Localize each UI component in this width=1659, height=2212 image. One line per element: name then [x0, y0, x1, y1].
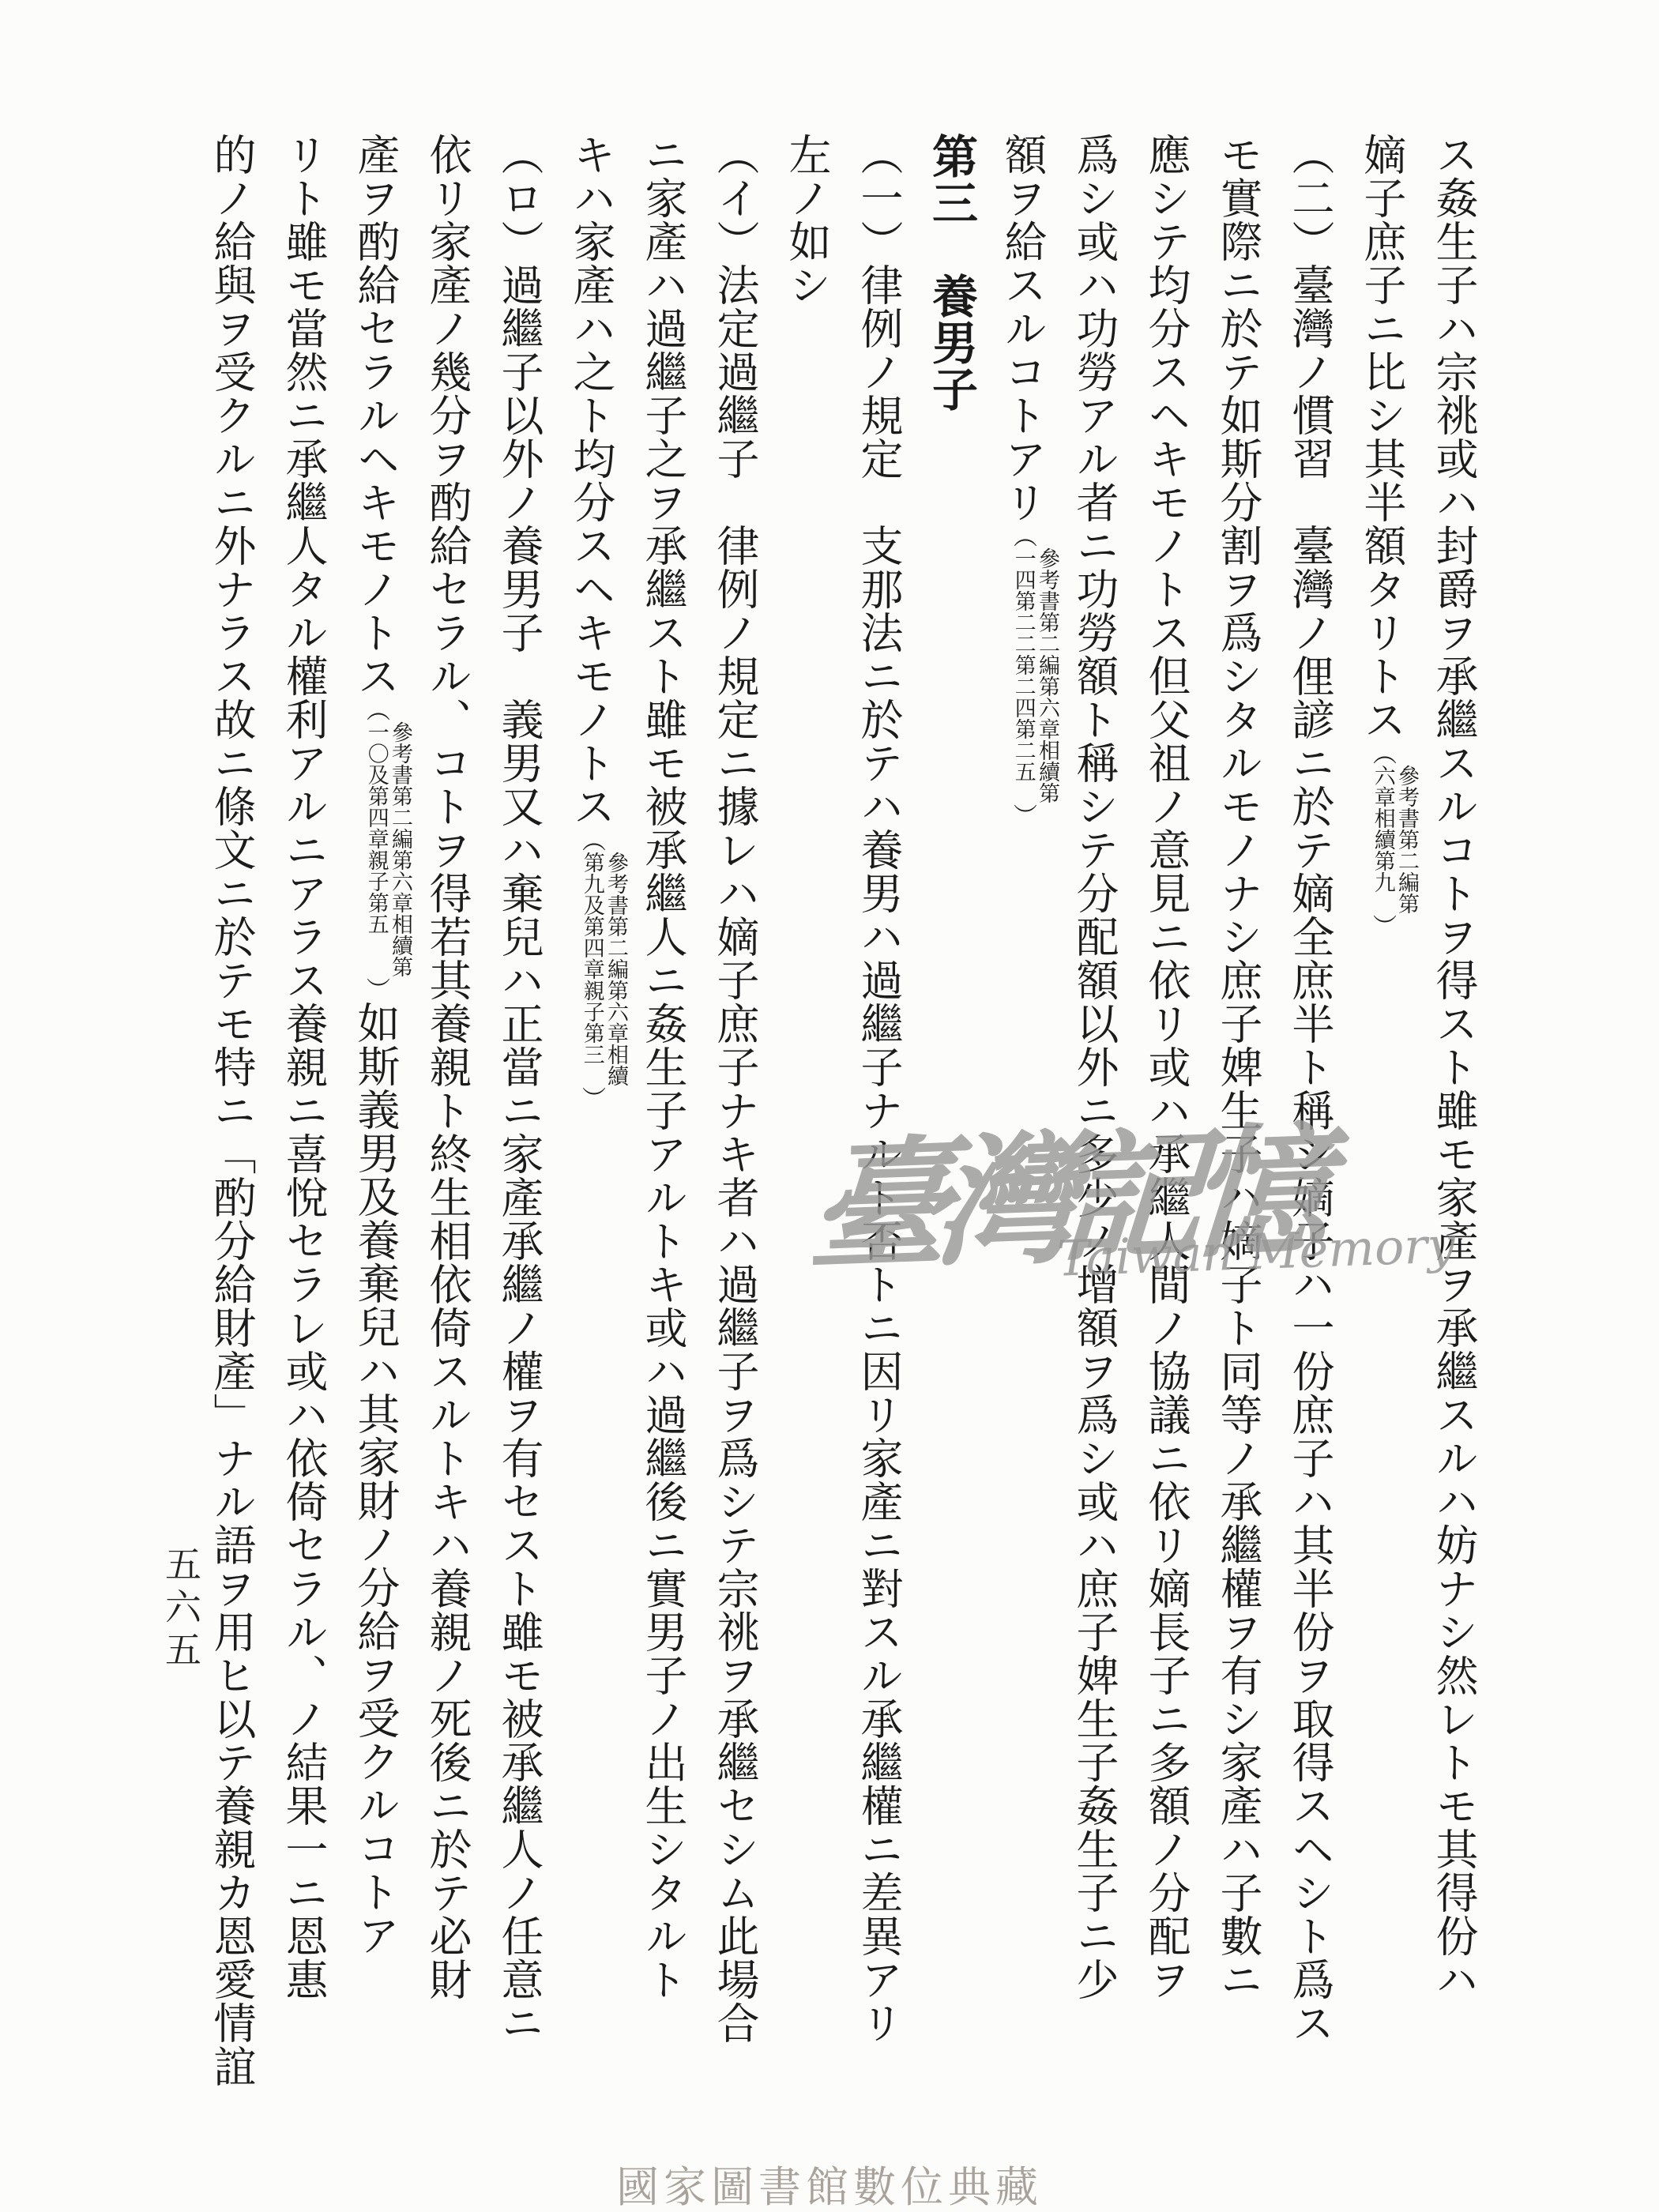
- column-text: モ實際ニ於テ如斯分割ヲ爲シタルモノナシ庶子婢生子ハ嫡子ト同等ノ承繼權ヲ有シ家產ハ…: [1213, 133, 1263, 2001]
- reference-note-line: 參考書第二編第六章相續第: [388, 721, 412, 977]
- column-text: キハ家產ハ之ト均分スヘキモノトス: [566, 133, 616, 828]
- reference-note-line: 參考書第二編第六章相續: [604, 852, 627, 1086]
- column-text: 左ノ如シ: [782, 133, 832, 307]
- column-text: 產ヲ酌給セラルヘキモノトス: [351, 133, 401, 698]
- text-column: （一）律例ノ規定 支那法ニ於テハ養男ハ過繼子ナルト否トニ因リ家產ニ對スル承繼權ニ…: [843, 133, 915, 2005]
- text-column: 額ヲ給スルコトアリ（參考書第二編第六章相續第一四第二二第二四第二五）: [987, 133, 1059, 2005]
- column-text: ス姦生子ハ宗祧或ハ封爵ヲ承繼スルコトヲ得スト雖モ家產ヲ承繼スルハ妨ナシ然レトモ其…: [1429, 133, 1479, 2001]
- reference-note: （參考書第二編第六章相續第九）: [1368, 741, 1396, 938]
- text-column: モ實際ニ於テ如斯分割ヲ爲シタルモノナシ庶子婢生子ハ嫡子ト同等ノ承繼權ヲ有シ家產ハ…: [1202, 133, 1274, 2005]
- column-text: （ロ）過繼子以外ノ養男子 義男又ハ棄兒ハ正當ニ家產承繼ノ權ヲ有セスト雖モ被承繼人…: [495, 133, 544, 2045]
- reference-note-line: 參考書第二編第: [1394, 765, 1418, 914]
- reference-note-line: 參考書第二編第六章相續第: [1035, 547, 1059, 803]
- reference-note-line: 六章相續第九: [1371, 765, 1394, 893]
- text-column: リト雖モ當然ニ承繼人タル權利アルニアラス養親ニ喜悅セラレ或ハ依倚セラル、ノ結果一…: [268, 133, 340, 2005]
- column-text: 應シテ均分スヘキモノトス但父祖ノ意見ニ依リ或ハ承繼人間ノ協議ニ依リ嫡長子ニ多額ノ…: [1142, 133, 1191, 2001]
- reference-note-line: 第九及第四章親子第三: [580, 852, 604, 1065]
- reference-note-line: 一四第二二第二四第二五: [1011, 547, 1035, 782]
- text-column: （二）臺灣ノ慣習 臺灣ノ俚諺ニ於テ嫡全庶半ト稱シ嫡子ハ一份庶子ハ其半份ヲ取得スヘ…: [1274, 133, 1346, 2005]
- reference-note-line: 一〇及第四章親子第五: [364, 721, 388, 935]
- text-column: 爲シ或ハ功勞アル者ニ功勞額ト稱シテ分配額以外ニ多少ノ增額ヲ爲シ或ハ庶子婢生子姦生…: [1059, 133, 1130, 2005]
- text-column: 應シテ均分スヘキモノトス但父祖ノ意見ニ依リ或ハ承繼人間ノ協議ニ依リ嫡長子ニ多額ノ…: [1130, 133, 1202, 2005]
- text-column: 依リ家產ノ幾分ヲ酌給セラル、コトヲ得若其養親ト終生相依倚スルトキハ養親ノ死後ニ於…: [412, 133, 483, 2005]
- text-column: （ロ）過繼子以外ノ養男子 義男又ハ棄兒ハ正當ニ家產承繼ノ權ヲ有セスト雖モ被承繼人…: [483, 133, 555, 2005]
- reference-note: （參考書第二編第六章相續第一〇及第四章親子第五）: [362, 698, 389, 1001]
- column-text: 的ノ給與ヲ受クルニ外ナラス故ニ條文ニ於テモ特ニ「酌分給財產」ナル語ヲ用ヒ以テ養親…: [207, 133, 257, 2088]
- column-text: （一）律例ノ規定 支那法ニ於テハ養男ハ過繼子ナルト否トニ因リ家產ニ對スル承繼權ニ…: [854, 133, 904, 2045]
- column-text: 嫡子庶子ニ比シ其半額タリトス: [1357, 133, 1407, 741]
- text-column: キハ家產ハ之ト均分スヘキモノトス（參考書第二編第六章相續第九及第四章親子第三）: [555, 133, 627, 2005]
- column-text: ニ家產ハ過繼子之ヲ承繼スト雖モ被承繼人ニ姦生子アルトキ或ハ過繼後ニ實男子ノ出生シ…: [638, 133, 688, 2001]
- text-column: ス姦生子ハ宗祧或ハ封爵ヲ承繼スルコトヲ得スト雖モ家產ヲ承繼スルハ妨ナシ然レトモ其…: [1418, 133, 1490, 2005]
- column-text: リト雖モ當然ニ承繼人タル權利アルニアラス養親ニ喜悅セラレ或ハ依倚セラル、ノ結果一…: [279, 133, 329, 2001]
- column-text: 額ヲ給スルコトアリ: [998, 133, 1048, 524]
- text-column: 左ノ如シ: [771, 133, 843, 2005]
- text-column: 產ヲ酌給セラルヘキモノトス（參考書第二編第六章相續第一〇及第四章親子第五）如斯義…: [340, 133, 412, 2005]
- column-text: 如斯義男及養棄兒ハ其家財ノ分給ヲ受クルコトア: [351, 1001, 401, 1957]
- page-number: 五六五: [155, 1545, 207, 1673]
- text-column: （イ）法定過繼子 律例ノ規定ニ據レハ嫡子庶子ナキ者ハ過繼子ヲ爲シテ宗祧ヲ承繼セシ…: [699, 133, 771, 2005]
- column-text: 爲シ或ハ功勞アル者ニ功勞額ト稱シテ分配額以外ニ多少ノ增額ヲ爲シ或ハ庶子婢生子姦生…: [1070, 133, 1119, 2001]
- reference-note: （參考書第二編第六章相續第九及第四章親子第三）: [577, 828, 605, 1110]
- text-column: 的ノ給與ヲ受クルニ外ナラス故ニ條文ニ於テモ特ニ「酌分給財產」ナル語ヲ用ヒ以テ養親…: [196, 133, 268, 2005]
- column-text: （イ）法定過繼子 律例ノ規定ニ據レハ嫡子庶子ナキ者ハ過繼子ヲ爲シテ宗祧ヲ承繼セシ…: [710, 133, 760, 2045]
- text-column: ニ家產ハ過繼子之ヲ承繼スト雖モ被承繼人ニ姦生子アルトキ或ハ過繼後ニ實男子ノ出生シ…: [627, 133, 699, 2005]
- section-heading: 第三 養男子: [915, 133, 987, 2005]
- reference-note: （參考書第二編第六章相續第一四第二二第二四第二五）: [1009, 524, 1036, 827]
- column-text: 依リ家產ノ幾分ヲ酌給セラル、コトヲ得若其養親ト終生相依倚スルトキハ養親ノ死後ニ於…: [423, 133, 472, 2001]
- scanned-page: ス姦生子ハ宗祧或ハ封爵ヲ承繼スルコトヲ得スト雖モ家產ヲ承繼スルハ妨ナシ然レトモ其…: [0, 0, 1659, 2212]
- column-text: 第三 養男子: [924, 133, 978, 412]
- library-caption: 國家圖書館數位典藏: [0, 2154, 1659, 2212]
- text-column: 嫡子庶子ニ比シ其半額タリトス（參考書第二編第六章相續第九）: [1346, 133, 1418, 2005]
- text-block: ス姦生子ハ宗祧或ハ封爵ヲ承繼スルコトヲ得スト雖モ家產ヲ承繼スルハ妨ナシ然レトモ其…: [194, 133, 1490, 2005]
